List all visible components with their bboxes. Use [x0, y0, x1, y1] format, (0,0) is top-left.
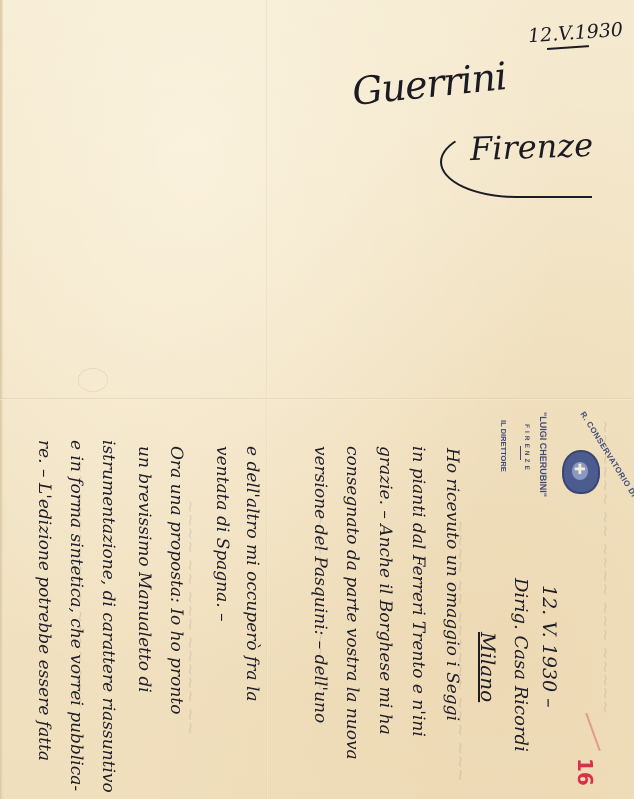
letterhead-name: "LUIGI CHERUBINI"	[538, 412, 548, 497]
body-line-6: e dell'altro mi occuperò fra la	[242, 446, 262, 702]
address-line-2: Milano	[476, 632, 500, 702]
vertical-fold-line	[266, 0, 268, 799]
body-line-8: Ora una proposta: Io ho pronto	[166, 446, 186, 714]
body-date: 12. V. 1930 –	[538, 585, 560, 708]
archive-page-number: 16	[573, 758, 597, 786]
recipient-place: Firenze	[469, 126, 593, 168]
letterhead-office: IL DIRETTORE	[499, 420, 508, 472]
body-line-11: e in forma sintetica, che vorrei pubblic…	[66, 440, 86, 791]
watermark-mark	[78, 368, 108, 392]
body-line-3: grazie. – Anche il Borghese mi ha	[375, 446, 395, 735]
body-line-4: consegnato da parte vostra la nuova	[342, 446, 362, 760]
letterhead-city: FIRENZE	[523, 424, 530, 473]
horizontal-fold-line	[0, 398, 634, 400]
cross-icon: ✚	[574, 463, 586, 477]
body-line-12: re. – L'edizione potrebbe essere fatta	[34, 440, 54, 761]
address-line-1: Dirig. Casa Ricordi	[510, 578, 531, 752]
body-line-10: istrumentazione, di carattere riassuntiv…	[98, 440, 118, 793]
crest-icon: ✚	[562, 450, 600, 494]
body-line-9: un brevissimo Manualetto di	[134, 446, 154, 693]
letterhead-divider	[520, 446, 521, 460]
body-line-1: Ho ricevuto un omaggio i Seggi	[442, 448, 462, 721]
body-line-7: ventata di Spagna. –	[212, 446, 232, 622]
body-line-5: versione del Pasquini: – dell'uno	[310, 446, 330, 723]
body-line-2: in pianti dal Ferreri Trento e n'ini	[408, 446, 428, 737]
